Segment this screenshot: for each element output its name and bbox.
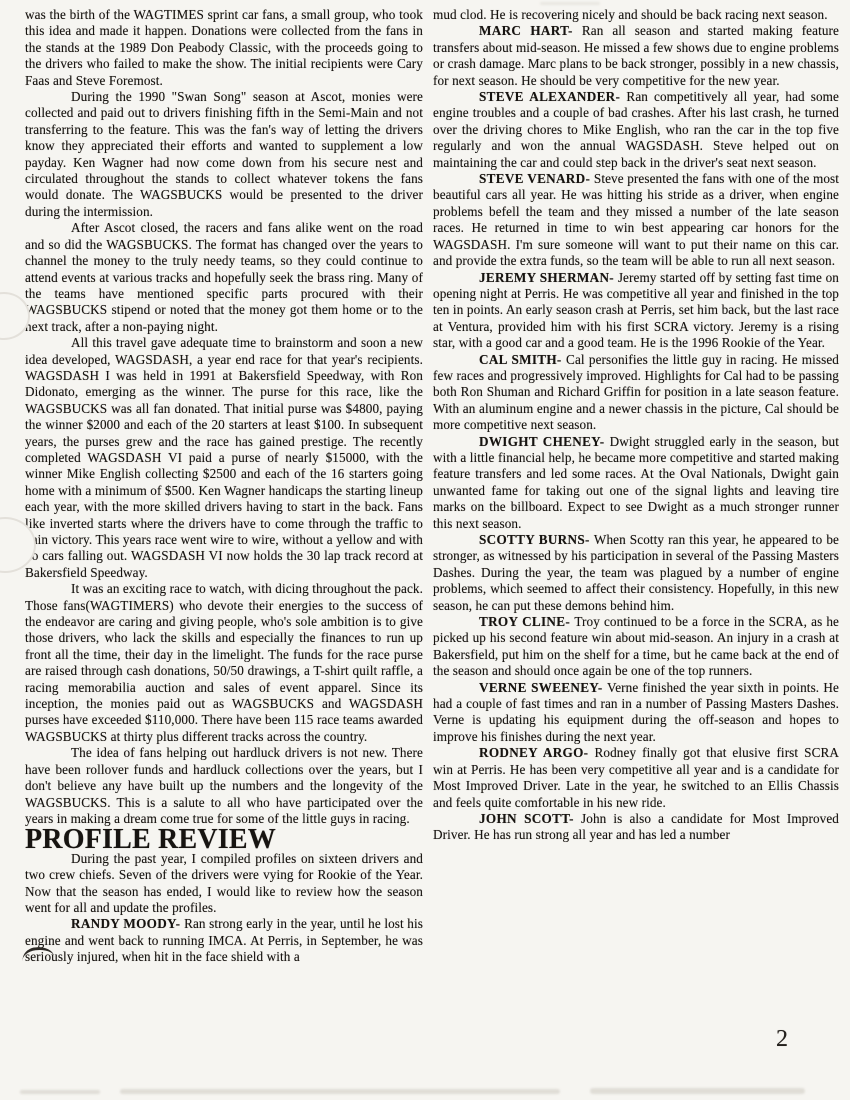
paragraph: VERNE SWEENEY- Verne finished the year s…: [433, 680, 839, 746]
paragraph: was the birth of the WAGTIMES sprint car…: [25, 7, 423, 89]
driver-name: TROY CLINE-: [479, 614, 574, 629]
scan-smudge: [20, 1090, 100, 1094]
driver-name: CAL SMITH-: [479, 352, 566, 367]
paragraph: RANDY MOODY- Ran strong early in the yea…: [25, 916, 423, 965]
driver-name: MARC HART-: [479, 23, 582, 38]
driver-name: DWIGHT CHENEY-: [479, 434, 610, 449]
driver-name: RODNEY ARGO-: [479, 745, 595, 760]
paragraph: STEVE ALEXANDER- Ran competitively all y…: [433, 89, 839, 171]
driver-name: SCOTTY BURNS-: [479, 532, 594, 547]
paragraph: DWIGHT CHENEY- Dwight struggled early in…: [433, 434, 839, 532]
paragraph: During the 1990 "Swan Song" season at As…: [25, 89, 423, 220]
driver-name: STEVE VENARD-: [479, 171, 594, 186]
paragraph: mud clod. He is recovering nicely and sh…: [433, 7, 839, 23]
right-column: mud clod. He is recovering nicely and sh…: [433, 7, 839, 1087]
driver-name: JEREMY SHERMAN-: [479, 270, 618, 285]
paragraph: During the past year, I compiled profile…: [25, 851, 423, 917]
paragraph: STEVE VENARD- Steve presented the fans w…: [433, 171, 839, 269]
paragraph: TROY CLINE- Troy continued to be a force…: [433, 614, 839, 680]
scan-smudge: [590, 1088, 805, 1094]
left-column: was the birth of the WAGTIMES sprint car…: [25, 7, 423, 1087]
driver-name: JOHN SCOTT-: [479, 811, 581, 826]
paragraph: JEREMY SHERMAN- Jeremy started off by se…: [433, 270, 839, 352]
document-page: { "page": { "number": "2" }, "left_colum…: [0, 0, 850, 1100]
paragraph: JOHN SCOTT- John is also a candidate for…: [433, 811, 839, 844]
driver-name: RANDY MOODY-: [71, 916, 184, 931]
paragraph: SCOTTY BURNS- When Scotty ran this year,…: [433, 532, 839, 614]
paragraph: After Ascot closed, the racers and fans …: [25, 220, 423, 335]
paragraph: MARC HART- Ran all season and started ma…: [433, 23, 839, 89]
driver-name: STEVE ALEXANDER-: [479, 89, 626, 104]
paragraph: RODNEY ARGO- Rodney finally got that elu…: [433, 745, 839, 811]
profile-review-heading: PROFILE REVIEW: [25, 832, 423, 848]
paragraph: It was an exciting race to watch, with d…: [25, 581, 423, 745]
driver-name: VERNE SWEENEY-: [479, 680, 607, 695]
paragraph: The idea of fans helping out hardluck dr…: [25, 745, 423, 827]
paragraph: All this travel gave adequate time to br…: [25, 335, 423, 581]
paragraph: CAL SMITH- Cal personifies the little gu…: [433, 352, 839, 434]
scan-smudge: [120, 1089, 560, 1094]
page-number: 2: [776, 1026, 788, 1053]
scan-smudge: [540, 2, 600, 5]
